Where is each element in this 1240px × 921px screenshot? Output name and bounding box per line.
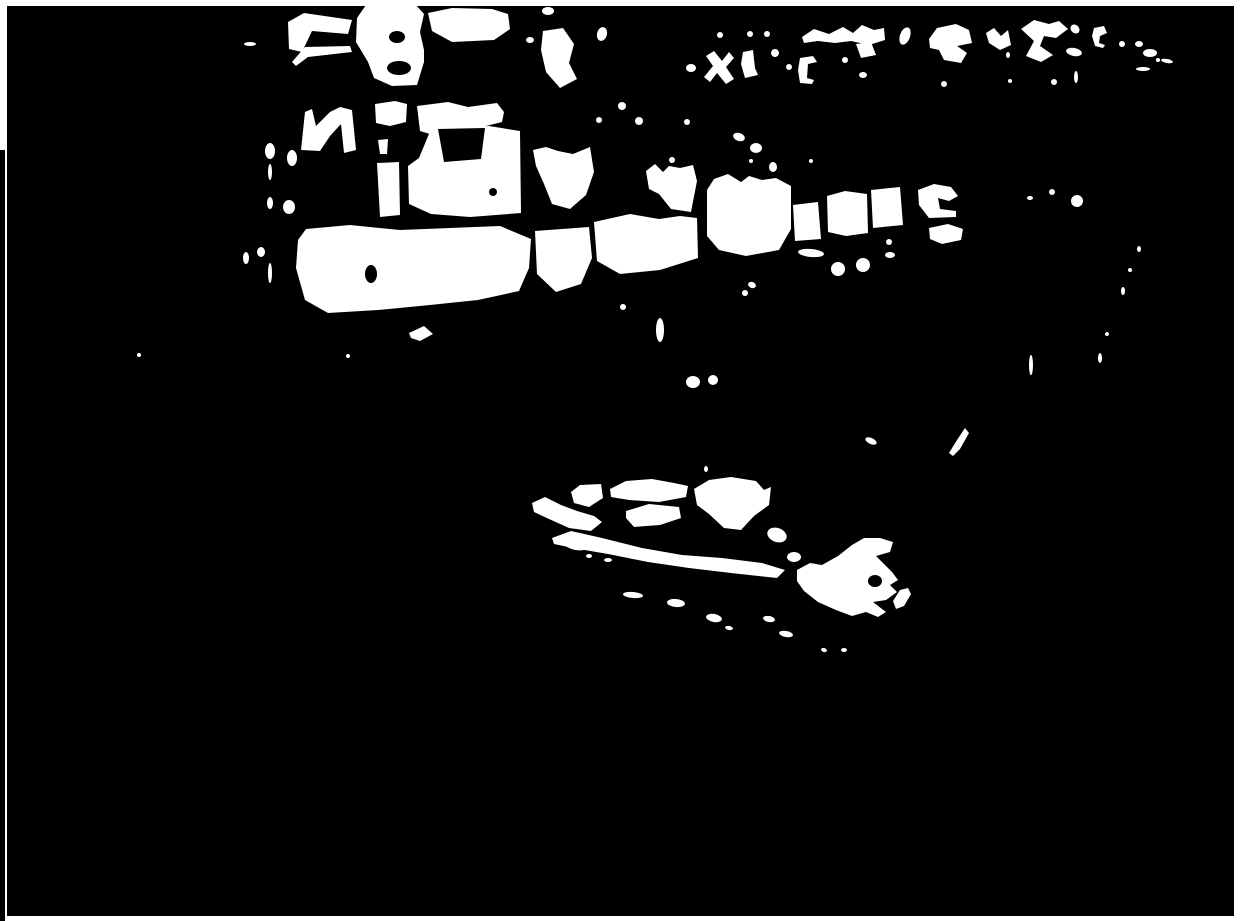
mask-blob xyxy=(375,101,407,126)
mask-blob xyxy=(1128,268,1132,272)
mask-blob xyxy=(243,252,249,264)
mask-blob xyxy=(1119,41,1125,47)
mask-blob xyxy=(586,554,592,558)
mask-blob xyxy=(268,164,272,180)
mask-blob xyxy=(1029,355,1033,375)
mask-blob xyxy=(764,31,770,37)
mask-blob xyxy=(742,290,748,296)
page-edge-strip xyxy=(0,150,5,921)
mask-blob xyxy=(859,72,867,78)
mask-blob xyxy=(618,102,626,110)
mask-blob xyxy=(137,353,141,357)
mask-blob xyxy=(827,191,868,236)
mask-blob xyxy=(287,150,297,166)
mask-blob xyxy=(244,42,256,46)
mask-blob xyxy=(526,37,534,43)
mask-blob xyxy=(604,558,612,562)
mask-blob xyxy=(708,375,718,385)
mask-blob xyxy=(750,143,762,153)
mask-blob xyxy=(886,239,892,245)
figure-page xyxy=(0,0,1240,921)
mask-blob xyxy=(377,162,400,217)
mask-blob xyxy=(1143,49,1157,57)
mask-blob xyxy=(1135,41,1143,47)
mask-blob xyxy=(747,31,753,37)
mask-blob xyxy=(1074,71,1078,83)
mask-blob xyxy=(283,200,295,214)
mask-blob xyxy=(389,31,405,43)
mask-blob xyxy=(596,117,602,123)
mask-blob xyxy=(1027,196,1033,200)
mask-blob xyxy=(868,575,882,587)
mask-blob xyxy=(717,32,723,38)
mask-blob xyxy=(620,304,626,310)
mask-blob xyxy=(831,262,845,276)
mask-blob xyxy=(542,7,554,15)
mask-blob xyxy=(856,258,870,272)
mask-blob xyxy=(257,247,265,257)
mask-blob xyxy=(346,354,350,358)
mask-blob xyxy=(841,648,847,652)
mask-blob xyxy=(1121,287,1125,295)
mask-blob xyxy=(1137,246,1141,252)
mask-blob xyxy=(749,159,753,163)
mask-blob xyxy=(707,174,791,256)
mask-blob xyxy=(1006,52,1010,58)
mask-blob xyxy=(769,162,777,172)
mask-blob xyxy=(786,64,792,70)
mask-blob xyxy=(787,552,801,562)
mask-blob xyxy=(267,197,273,209)
mask-blob xyxy=(1098,353,1102,363)
mask-blob xyxy=(871,187,903,228)
mask-blob xyxy=(1008,79,1012,83)
binary-mask-figure xyxy=(0,0,1240,921)
mask-blob xyxy=(656,318,664,342)
mask-blob xyxy=(704,466,708,472)
mask-blob xyxy=(669,157,675,163)
mask-blob xyxy=(265,143,275,159)
mask-blob xyxy=(842,57,848,63)
mask-background xyxy=(7,6,1234,916)
mask-blob xyxy=(684,119,690,125)
mask-blob xyxy=(268,263,272,283)
mask-blob xyxy=(686,64,696,72)
mask-blob xyxy=(365,265,377,283)
mask-blob xyxy=(686,376,700,388)
mask-blob xyxy=(1136,67,1150,71)
mask-blob xyxy=(635,117,643,125)
mask-blob xyxy=(941,81,947,87)
mask-blob xyxy=(809,159,813,163)
mask-blob xyxy=(1049,189,1055,195)
mask-blob xyxy=(489,188,497,196)
mask-blob xyxy=(1051,79,1057,85)
mask-blob xyxy=(1156,58,1160,62)
mask-blob xyxy=(438,128,485,162)
mask-blob xyxy=(885,252,895,258)
mask-blob xyxy=(793,202,821,241)
mask-blob xyxy=(387,61,411,75)
